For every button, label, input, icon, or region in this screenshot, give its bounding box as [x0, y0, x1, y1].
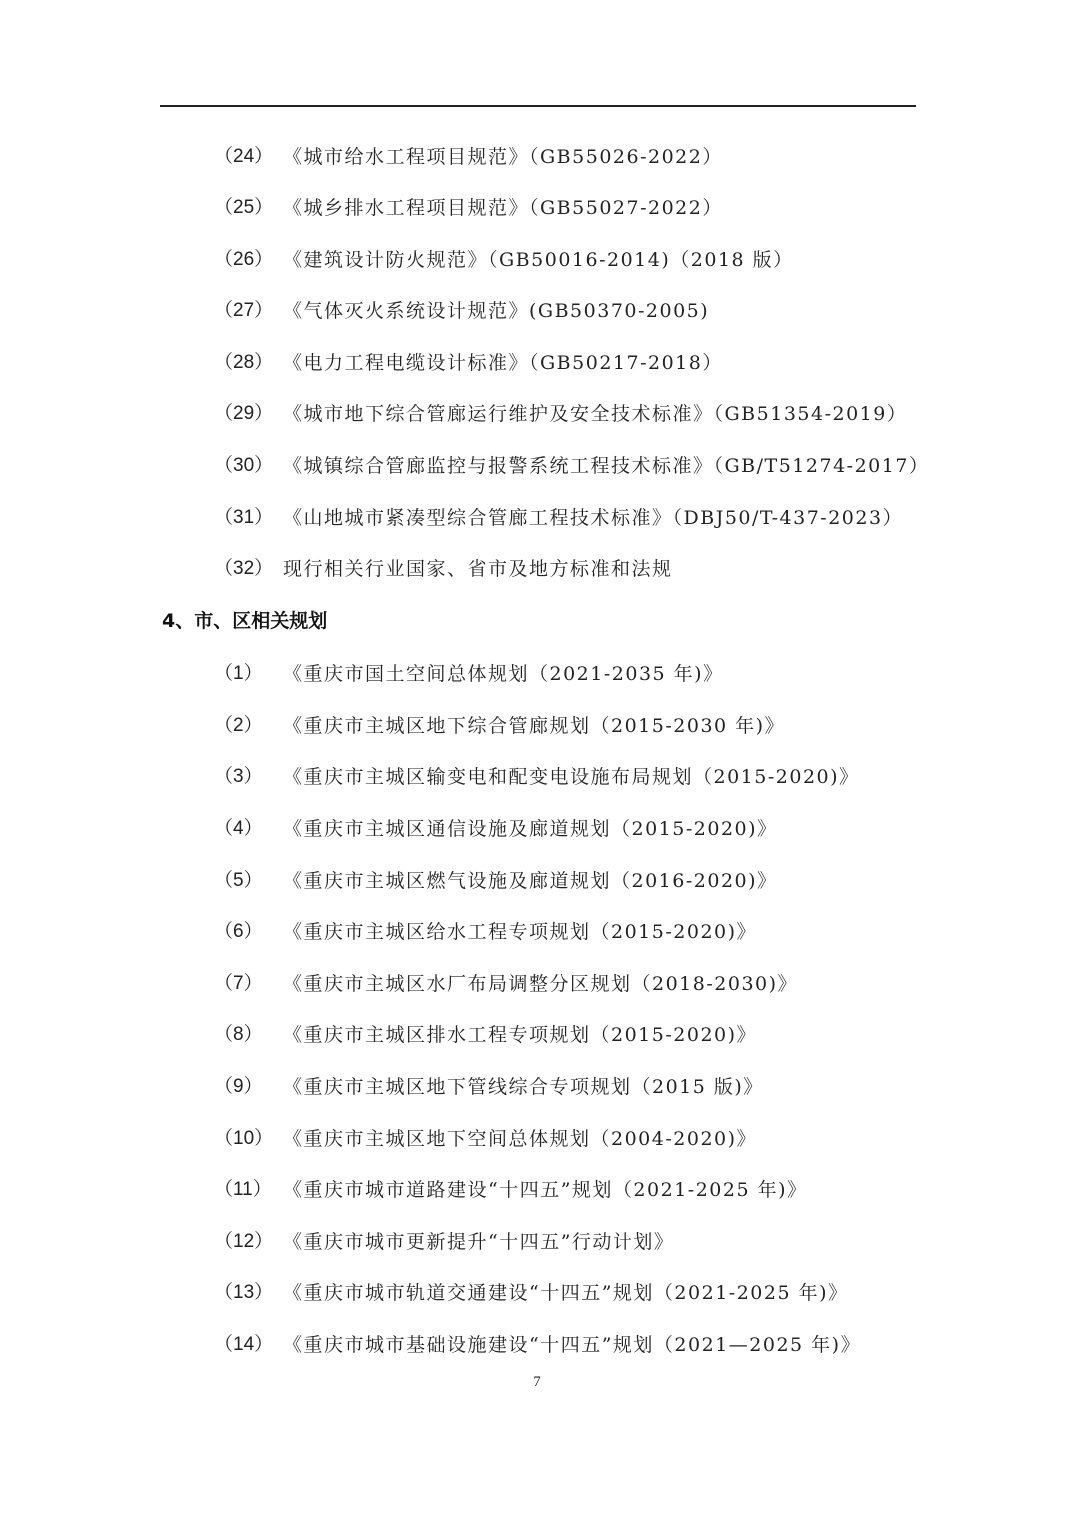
item-number: （1）: [214, 659, 263, 689]
item-text: 《重庆市主城区输变电和配变电设施布局规划（2015-2020)》: [283, 762, 860, 792]
item-number: （13）: [214, 1278, 273, 1308]
item-text: 现行相关行业国家、省市及地方标准和法规: [283, 554, 673, 584]
item-number: （27）: [214, 296, 273, 326]
item-text: 《重庆市主城区给水工程专项规划（2015-2020)》: [283, 917, 757, 947]
item-text: 《重庆市主城区水厂布局调整分区规划（2018-2030)》: [283, 969, 798, 999]
item-text: 《城乡排水工程项目规范》（GB55027-2022）: [283, 193, 723, 223]
page-number: 7: [0, 1374, 1074, 1391]
item-text: 《气体灭火系统设计规范》(GB50370-2005): [283, 296, 709, 326]
item-text: 《重庆市主城区排水工程专项规划（2015-2020)》: [283, 1020, 757, 1050]
item-number: （24）: [214, 142, 273, 172]
item-number: （6）: [214, 917, 263, 947]
item-number: （3）: [214, 762, 263, 792]
item-number: （9）: [214, 1072, 263, 1102]
item-number: （32）: [214, 554, 273, 584]
item-number: （5）: [214, 866, 263, 896]
item-text: 《重庆市城市更新提升“十四五”行动计划》: [283, 1227, 674, 1257]
item-number: （11）: [214, 1175, 272, 1205]
item-number: （8）: [214, 1020, 263, 1050]
item-number: （28）: [214, 348, 273, 378]
item-number: （10）: [214, 1124, 273, 1154]
item-text: 《重庆市城市轨道交通建设“十四五”规划（2021-2025 年)》: [283, 1278, 849, 1308]
item-number: （30）: [214, 451, 273, 481]
item-text: 《重庆市主城区地下管线综合专项规划（2015 版)》: [283, 1072, 764, 1102]
item-text: 《重庆市主城区通信设施及廊道规划（2015-2020)》: [283, 814, 778, 844]
item-number: （12）: [214, 1227, 273, 1257]
item-text: 《城镇综合管廊监控与报警系统工程技术标准》（GB/T51274-2017）: [283, 451, 929, 481]
item-number: （14）: [214, 1330, 273, 1360]
item-number: （4）: [214, 814, 263, 844]
item-text: 《重庆市主城区燃气设施及廊道规划（2016-2020)》: [283, 866, 778, 896]
item-text: 《重庆市主城区地下空间总体规划（2004-2020)》: [283, 1124, 757, 1154]
item-text: 《城市给水工程项目规范》（GB55026-2022）: [283, 142, 723, 172]
item-number: （7）: [214, 969, 263, 999]
item-text: 《重庆市国土空间总体规划（2021-2035 年)》: [283, 659, 724, 689]
section-heading: 4、市、区相关规划: [162, 606, 327, 636]
item-number: （25）: [214, 193, 273, 223]
item-text: 《山地城市紧凑型综合管廊工程技术标准》（DBJ50/T-437-2023）: [283, 503, 903, 533]
header-rule: [160, 105, 916, 107]
item-number: （31）: [214, 503, 273, 533]
item-text: 《城市地下综合管廊运行维护及安全技术标准》（GB51354-2019）: [283, 399, 907, 429]
item-number: （2）: [214, 711, 263, 741]
item-number: （29）: [214, 399, 273, 429]
item-text: 《重庆市城市道路建设“十四五”规划（2021-2025 年)》: [283, 1175, 808, 1205]
item-text: 《重庆市主城区地下综合管廊规划（2015-2030 年)》: [283, 711, 785, 741]
item-text: 《电力工程电缆设计标准》（GB50217-2018）: [283, 348, 723, 378]
item-number: （26）: [214, 245, 273, 275]
item-text: 《重庆市城市基础设施建设“十四五”规划（2021—2025 年)》: [283, 1330, 861, 1360]
item-text: 《建筑设计防火规范》（GB50016-2014)（2018 版）: [283, 245, 794, 275]
